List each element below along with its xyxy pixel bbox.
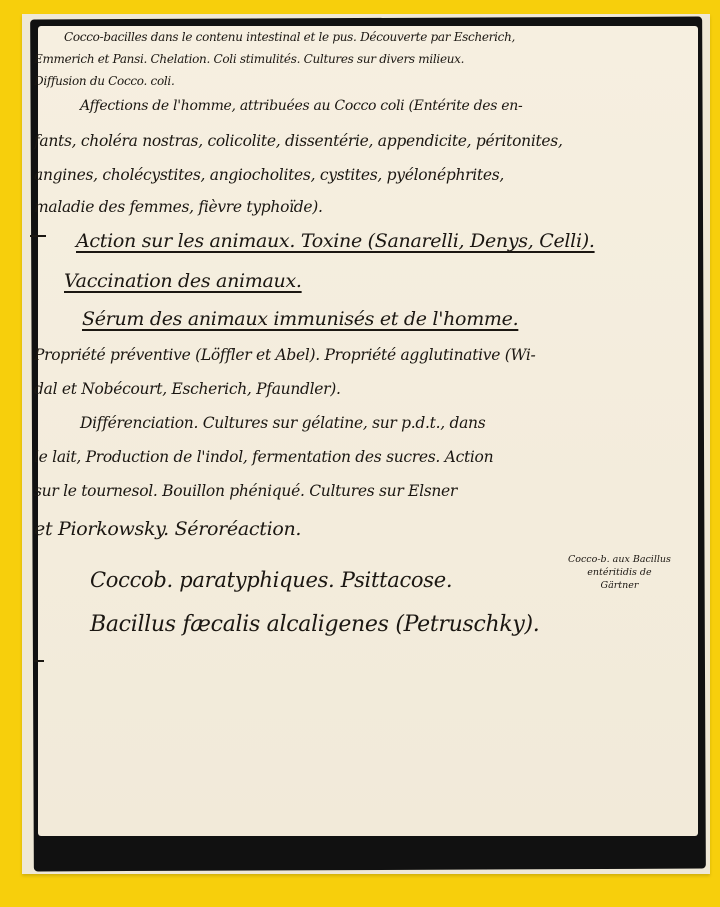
text-line: maladie des femmes, fièvre typhoïde).	[34, 198, 323, 216]
text-line: le lait, Production de l'indol, fermenta…	[34, 448, 493, 466]
margin-note-line: entéritidis de	[568, 566, 671, 579]
section-heading-serum: Sérum des animaux immunisés et de l'homm…	[82, 308, 518, 330]
margin-dash	[30, 235, 46, 237]
text-line: Affections de l'homme, attribuées au Coc…	[80, 98, 522, 114]
text-line: fants, choléra nostras, colicolite, diss…	[34, 132, 563, 150]
section-heading-vaccination: Vaccination des animaux.	[64, 270, 302, 292]
text-line: Diffusion du Cocco. coli.	[34, 74, 175, 88]
text-line-paratyphiques: Coccob. paratyphiques. Psittacose.	[90, 568, 452, 592]
text-line: dal et Nobécourt, Escherich, Pfaundler).	[34, 380, 341, 398]
text-line: sur le tournesol. Bouillon phéniqué. Cul…	[34, 482, 457, 500]
text-line: Cocco-bacilles dans le contenu intestina…	[64, 30, 515, 44]
text-line: Propriété préventive (Löffler et Abel). …	[34, 346, 535, 364]
section-heading-action: Action sur les animaux. Toxine (Sanarell…	[76, 230, 595, 252]
margin-dash	[34, 660, 44, 662]
text-line: angines, cholécystites, angiocholites, c…	[34, 166, 504, 184]
margin-note: Cocco-b. aux Bacillus entéritidis de Gär…	[568, 553, 671, 592]
text-line: et Piorkowsky. Séroréaction.	[34, 518, 301, 540]
margin-note-line: Cocco-b. aux Bacillus	[568, 553, 671, 566]
margin-note-line: Gärtner	[568, 579, 671, 592]
text-line: Emmerich et Pansi. Chelation. Coli stimu…	[34, 52, 464, 66]
text-line-bacillus: Bacillus fæcalis alcaligenes (Petruschky…	[90, 612, 539, 637]
section-heading-differenciation: Différenciation. Cultures sur gélatine, …	[80, 414, 485, 432]
